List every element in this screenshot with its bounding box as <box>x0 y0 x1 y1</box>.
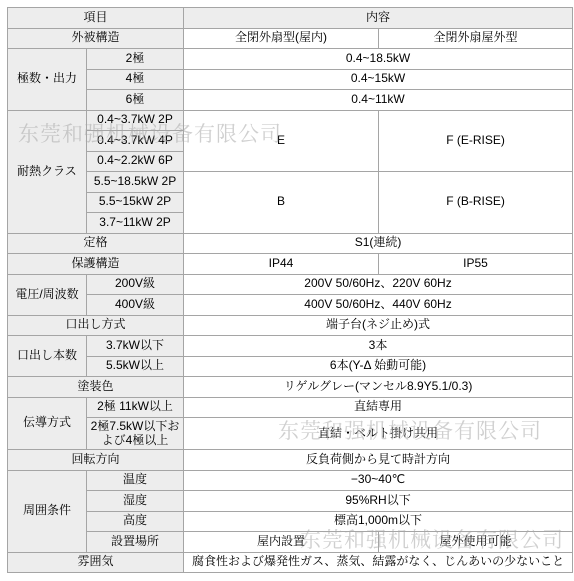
table-row: 高度 標高1,000m以下 <box>8 511 573 532</box>
table-row: 保護構造 IP44 IP55 <box>8 254 573 275</box>
poles-output-label: 極数・出力 <box>8 49 87 111</box>
table-row: 塗装色 リゲルグレー(マンセル8.9Y5.1/0.3) <box>8 377 573 398</box>
table-row: 設置場所 屋内設置 屋外使用可能 <box>8 532 573 553</box>
table-row: 口出し本数 3.7kW以下 3本 <box>8 336 573 357</box>
heat-g2-outdoor-value: F (B-RISE) <box>379 172 573 234</box>
heat-g2-sublabel-1: 5.5~18.5kW 2P <box>87 172 184 193</box>
lead-count-label: 口出し本数 <box>8 336 87 377</box>
ambient-location-indoor-value: 屋内設置 <box>184 532 379 553</box>
ambient-location-sublabel: 設置場所 <box>87 532 184 553</box>
motor-spec-table: 項目 内容 外被構造 全閉外扇型(屋内) 全閉外扇屋外型 極数・出力 2極 0.… <box>7 7 573 573</box>
column-header-content: 内容 <box>184 8 573 29</box>
heat-g1-sublabel-1: 0.4~3.7kW 2P <box>87 110 184 131</box>
table-row: 6極 0.4~11kW <box>8 90 573 111</box>
rotation-value: 反負荷側から見て時計方向 <box>184 450 573 471</box>
paint-color-value: リゲルグレー(マンセル8.9Y5.1/0.3) <box>184 377 573 398</box>
table-row: 雰囲気 腐食性および爆発性ガス、蒸気、結露がなく、じんあいの少ないこと <box>8 552 573 573</box>
table-row: 湿度 95%RH以下 <box>8 491 573 512</box>
rating-label: 定格 <box>8 233 184 254</box>
drive-label: 伝導方式 <box>8 397 87 450</box>
table-row: 5.5kW以上 6本(Y-Δ 始動可能) <box>8 356 573 377</box>
table-row: 電圧/周波数 200V級 200V 50/60Hz、220V 60Hz <box>8 274 573 295</box>
voltage-400v-value: 400V 50/60Hz、440V 60Hz <box>184 295 573 316</box>
ambient-temp-value: −30~40℃ <box>184 470 573 491</box>
drive-sublabel-1: 2極 11kW以上 <box>87 397 184 418</box>
ambient-altitude-value: 標高1,000m以下 <box>184 511 573 532</box>
poles-2p-value: 0.4~18.5kW <box>184 49 573 70</box>
heat-g1-indoor-value: E <box>184 110 379 172</box>
lead-method-label: 口出し方式 <box>8 315 184 336</box>
table-row: 外被構造 全閉外扇型(屋内) 全閉外扇屋外型 <box>8 28 573 49</box>
rating-value: S1(連続) <box>184 233 573 254</box>
lead-count-sublabel-1: 3.7kW以下 <box>87 336 184 357</box>
enclosure-indoor-value: 全閉外扇型(屋内) <box>184 28 379 49</box>
atmosphere-label: 雰囲気 <box>8 552 184 573</box>
voltage-200v-sublabel: 200V級 <box>87 274 184 295</box>
table-row: 項目 内容 <box>8 8 573 29</box>
protection-outdoor-value: IP55 <box>379 254 573 275</box>
table-row: 2極7.5kW以下および4極以上 直結・ベルト掛け共用 <box>8 418 573 450</box>
drive-value-1: 直結専用 <box>184 397 573 418</box>
ambient-location-outdoor-value: 屋外使用可能 <box>379 532 573 553</box>
table-row: 回転方向 反負荷側から見て時計方向 <box>8 450 573 471</box>
heat-g2-indoor-value: B <box>184 172 379 234</box>
poles-4p-value: 0.4~15kW <box>184 69 573 90</box>
voltage-400v-sublabel: 400V級 <box>87 295 184 316</box>
heat-g1-outdoor-value: F (E-RISE) <box>379 110 573 172</box>
ambient-label: 周囲条件 <box>8 470 87 552</box>
enclosure-outdoor-value: 全閉外扇屋外型 <box>379 28 573 49</box>
lead-count-value-2: 6本(Y-Δ 始動可能) <box>184 356 573 377</box>
heat-g1-sublabel-3: 0.4~2.2kW 6P <box>87 151 184 172</box>
protection-indoor-value: IP44 <box>184 254 379 275</box>
spec-sheet-page: 項目 内容 外被構造 全閉外扇型(屋内) 全閉外扇屋外型 極数・出力 2極 0.… <box>0 0 574 581</box>
table-row: 口出し方式 端子台(ネジ止め)式 <box>8 315 573 336</box>
ambient-humidity-value: 95%RH以下 <box>184 491 573 512</box>
ambient-altitude-sublabel: 高度 <box>87 511 184 532</box>
rotation-label: 回転方向 <box>8 450 184 471</box>
poles-6p-value: 0.4~11kW <box>184 90 573 111</box>
table-row: 周囲条件 温度 −30~40℃ <box>8 470 573 491</box>
heat-g1-sublabel-2: 0.4~3.7kW 4P <box>87 131 184 152</box>
protection-label: 保護構造 <box>8 254 184 275</box>
table-row: 4極 0.4~15kW <box>8 69 573 90</box>
lead-method-value: 端子台(ネジ止め)式 <box>184 315 573 336</box>
column-header-item: 項目 <box>8 8 184 29</box>
voltage-label: 電圧/周波数 <box>8 274 87 315</box>
heat-g2-sublabel-3: 3.7~11kW 2P <box>87 213 184 234</box>
paint-color-label: 塗装色 <box>8 377 184 398</box>
lead-count-sublabel-2: 5.5kW以上 <box>87 356 184 377</box>
drive-value-2: 直結・ベルト掛け共用 <box>184 418 573 450</box>
table-row: 極数・出力 2極 0.4~18.5kW <box>8 49 573 70</box>
ambient-temp-sublabel: 温度 <box>87 470 184 491</box>
table-row: 伝導方式 2極 11kW以上 直結専用 <box>8 397 573 418</box>
enclosure-label: 外被構造 <box>8 28 184 49</box>
poles-6p-sublabel: 6極 <box>87 90 184 111</box>
voltage-200v-value: 200V 50/60Hz、220V 60Hz <box>184 274 573 295</box>
table-row: 耐熱クラス 0.4~3.7kW 2P E F (E-RISE) <box>8 110 573 131</box>
heat-class-label: 耐熱クラス <box>8 110 87 233</box>
ambient-humidity-sublabel: 湿度 <box>87 491 184 512</box>
heat-g2-sublabel-2: 5.5~15kW 2P <box>87 192 184 213</box>
poles-2p-sublabel: 2極 <box>87 49 184 70</box>
table-row: 定格 S1(連続) <box>8 233 573 254</box>
table-row: 400V級 400V 50/60Hz、440V 60Hz <box>8 295 573 316</box>
drive-sublabel-2: 2極7.5kW以下および4極以上 <box>87 418 184 450</box>
table-row: 5.5~18.5kW 2P B F (B-RISE) <box>8 172 573 193</box>
poles-4p-sublabel: 4極 <box>87 69 184 90</box>
atmosphere-value: 腐食性および爆発性ガス、蒸気、結露がなく、じんあいの少ないこと <box>184 552 573 573</box>
lead-count-value-1: 3本 <box>184 336 573 357</box>
